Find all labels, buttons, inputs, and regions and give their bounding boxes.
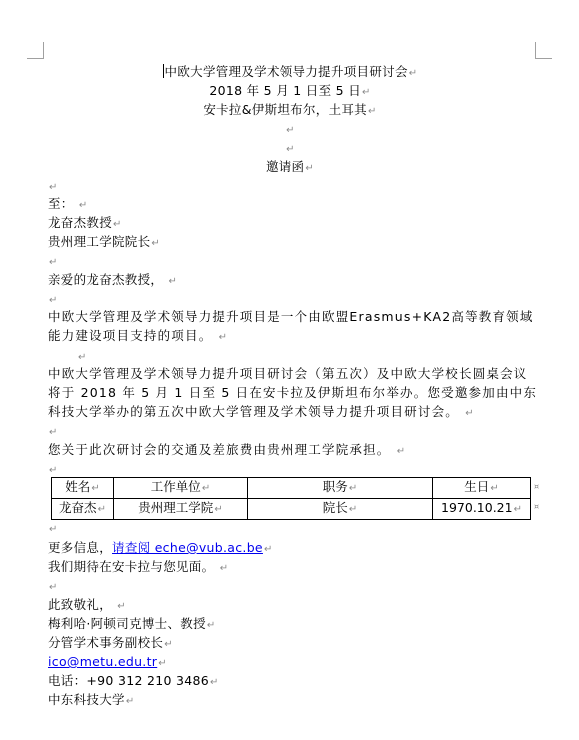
text-cursor [163, 64, 164, 78]
table-header-cell[interactable]: 职务 [248, 478, 433, 499]
paragraph-mark-icon [465, 408, 475, 419]
cell-mark-icon [98, 504, 106, 515]
blank-line[interactable] [48, 251, 538, 272]
paragraph-mark-icon [79, 200, 88, 211]
paragraph-mark-icon [397, 446, 407, 457]
paragraph-mark-icon [286, 125, 295, 136]
paragraph-mark-icon [158, 658, 167, 669]
cell-mark-icon [349, 483, 357, 494]
margin-corner-top-right [535, 42, 552, 59]
paragraph-mark-icon [368, 106, 377, 117]
table-cell[interactable]: 龙奋杰 [52, 499, 114, 520]
row-end-mark-icon: ¤ [534, 502, 539, 511]
paragraph-mark-icon [210, 677, 219, 688]
paragraph-mark-icon [49, 582, 58, 593]
paragraph-mark-icon [49, 182, 58, 193]
more-info-link[interactable]: 请查阅 eche@vub.ac.be [112, 540, 263, 555]
signature-phone[interactable]: 电话：+90 312 210 3486 [48, 671, 538, 692]
table-row: 龙奋杰 贵州理工学院 院长 1970.10.21 [52, 499, 531, 520]
event-date[interactable]: 2018 年 5 月 1 日至 5 日 [40, 81, 540, 102]
table-header-cell[interactable]: 生日 [433, 478, 531, 499]
blank-line[interactable] [48, 421, 538, 442]
signature-institution[interactable]: 中东科技大学 [48, 690, 538, 711]
table-cell[interactable]: 贵州理工学院 [114, 499, 248, 520]
paragraph-mark-icon [207, 620, 216, 631]
cell-mark-icon [202, 483, 210, 494]
paragraph-mark-icon [220, 563, 229, 574]
recipient-to-label[interactable]: 至： [48, 194, 538, 215]
body-paragraph-2[interactable]: 中欧大学管理及学术领导力提升项目研讨会（第五次）及中欧大学校长圆桌会议将于 20… [48, 364, 538, 423]
paragraph-mark-icon [49, 465, 58, 476]
paragraph-mark-icon [409, 68, 418, 79]
paragraph-mark-icon [286, 144, 295, 155]
table-header-row: 姓名 工作单位 职务 生日 [52, 478, 531, 499]
table-header-cell[interactable]: 工作单位 [114, 478, 248, 499]
cell-mark-icon [514, 504, 522, 515]
paragraph-mark-icon [49, 295, 58, 306]
paragraph-mark-icon [78, 352, 87, 363]
paragraph-mark-icon [362, 87, 371, 98]
paragraph-mark-icon [305, 163, 314, 174]
event-location[interactable]: 安卡拉&伊斯坦布尔，土耳其 [40, 100, 540, 121]
closing-line[interactable]: 我们期待在安卡拉与您见面。 [48, 557, 538, 578]
table-cell[interactable]: 1970.10.21 [433, 499, 531, 520]
cell-mark-icon [490, 483, 498, 494]
signature-regards[interactable]: 此致敬礼， [48, 595, 538, 616]
paragraph-mark-icon [264, 544, 273, 555]
recipient-position[interactable]: 贵州理工学院院长 [48, 232, 538, 253]
paragraph-mark-icon [151, 238, 160, 249]
body-paragraph-3[interactable]: 您关于此次研讨会的交通及差旅费由贵州理工学院承担。 [48, 440, 538, 461]
blank-line[interactable] [40, 119, 540, 140]
signature-email-line[interactable]: ico@metu.edu.tr [48, 652, 538, 673]
more-info-line[interactable]: 更多信息，请查阅 eche@vub.ac.be [48, 538, 538, 559]
paragraph-mark-icon [49, 524, 58, 535]
table-cell[interactable]: 院长 [248, 499, 433, 520]
paragraph-mark-icon [113, 219, 122, 230]
doc-type-heading[interactable]: 邀请函 [40, 157, 540, 178]
document-title[interactable]: 中欧大学管理及学术领导力提升项目研讨会 [40, 62, 540, 83]
signature-name[interactable]: 梅利哈·阿顿司克博士、教授 [48, 614, 538, 635]
paragraph-mark-icon [168, 276, 177, 287]
blank-line[interactable] [48, 576, 538, 597]
recipient-name[interactable]: 龙奋杰教授 [48, 213, 538, 234]
row-end-mark-icon: ¤ [534, 482, 539, 491]
paragraph-mark-icon [219, 332, 229, 343]
cell-mark-icon [214, 504, 222, 515]
margin-corner-top-left [27, 42, 44, 59]
salutation[interactable]: 亲爱的龙奋杰教授， [48, 270, 538, 291]
participant-table: 姓名 工作单位 职务 生日 龙奋杰 贵州理工学院 院长 1970.10.21 [51, 477, 531, 520]
cell-mark-icon [349, 504, 357, 515]
blank-line[interactable] [48, 518, 538, 539]
signature-title[interactable]: 分管学术事务副校长 [48, 633, 538, 654]
paragraph-mark-icon [126, 696, 135, 707]
paragraph-mark-icon [117, 601, 126, 612]
paragraph-mark-icon [49, 257, 58, 268]
body-paragraph-1[interactable]: 中欧大学管理及学术领导力提升项目是一个由欧盟Erasmus+KA2高等教育领域能… [48, 307, 538, 347]
signature-email-link[interactable]: ico@metu.edu.tr [48, 654, 157, 669]
table-header-cell[interactable]: 姓名 [52, 478, 114, 499]
paragraph-mark-icon [49, 427, 58, 438]
paragraph-mark-icon [164, 639, 173, 650]
blank-line[interactable] [40, 138, 540, 159]
cell-mark-icon [91, 483, 99, 494]
